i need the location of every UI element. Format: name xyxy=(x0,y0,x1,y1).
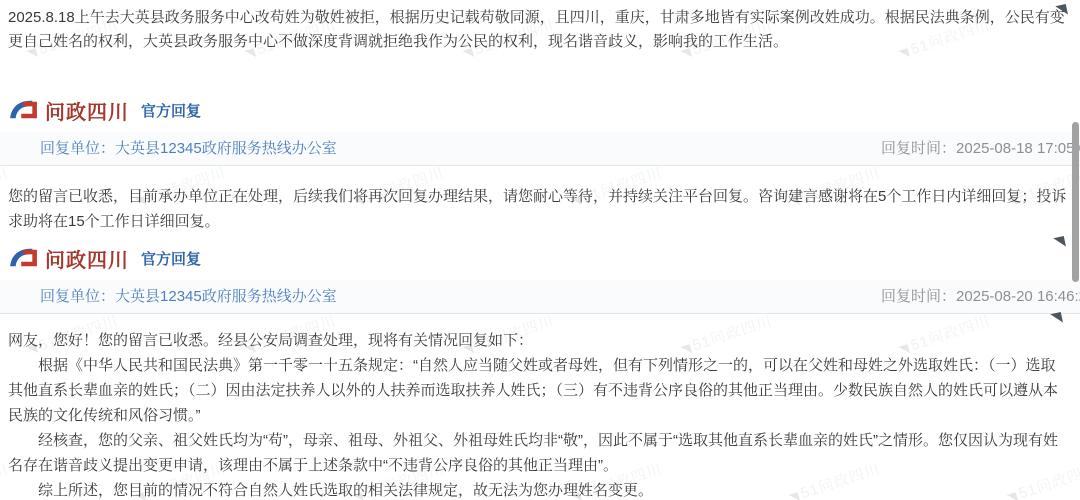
reply-time-label: 回复时间： xyxy=(881,140,956,157)
user-message-text: 2025.8.18上午去大英县政务服务中心改苟姓为敬姓被拒，根据历史记载苟敬同源… xyxy=(0,0,1080,54)
wenzheng-logo-icon xyxy=(8,98,40,122)
reply-card-2: 问政四川 官方回复 回复单位：大英县12345政府服务热线办公室 回复时间：20… xyxy=(0,244,1080,500)
reply-1-unit: 回复单位：大英县12345政府服务热线办公室 xyxy=(0,132,337,165)
reply-2-time: 回复时间：2025-08-20 16:46:2 xyxy=(881,280,1080,313)
reply-2-paragraph: 综上所述，您目前的情况不符合自然人姓氏选取的相关法律规定，故无法为您办理姓名变更… xyxy=(8,478,1070,500)
content: 2025.8.18上午去大英县政务服务中心改苟姓为敬姓被拒，根据历史记载苟敬同源… xyxy=(0,0,1080,500)
reply-1-body: 您的留言已收悉，目前承办单位正在处理，后续我们将再次回复办理结果，请您耐心等待，… xyxy=(0,166,1080,234)
page: ◥51问政四川◥51问政四川◥51问政四川◥51问政四川◥51问政四川◥51问政… xyxy=(0,0,1080,500)
reply-1-paragraph: 您的留言已收悉，目前承办单位正在处理，后续我们将再次回复办理结果，请您耐心等待，… xyxy=(8,184,1070,234)
reply-2-brand-row: 问政四川 官方回复 xyxy=(0,244,1080,272)
wenzheng-sichuan-logo: 问政四川 xyxy=(8,244,129,273)
reply-2-unit-value: 大英县12345政府服务热线办公室 xyxy=(115,288,337,305)
watermark-corner-mark: ◥ xyxy=(1053,233,1066,249)
official-reply-badge: 官方回复 xyxy=(141,248,201,269)
official-reply-badge: 官方回复 xyxy=(141,100,201,121)
reply-2-paragraph: 网友，您好！您的留言已收悉。经县公安局调查处理，现将有关情况回复如下： xyxy=(8,328,1070,353)
reply-1-unit-value: 大英县12345政府服务热线办公室 xyxy=(115,140,337,157)
reply-2-info-row: 回复单位：大英县12345政府服务热线办公室 回复时间：2025-08-20 1… xyxy=(0,280,1080,314)
reply-1-time: 回复时间：2025-08-18 17:05:0 xyxy=(881,132,1080,165)
reply-1-brand-row: 问政四川 官方回复 xyxy=(0,96,1080,124)
reply-unit-label: 回复单位： xyxy=(40,288,115,305)
watermark-corner-mark: ◥ xyxy=(1055,1,1068,17)
vertical-scrollbar-thumb[interactable] xyxy=(1072,122,1079,282)
reply-2-time-value: 2025-08-20 16:46:2 xyxy=(956,288,1080,305)
wenzheng-logo-text: 问政四川 xyxy=(45,96,129,125)
wenzheng-sichuan-logo: 问政四川 xyxy=(8,96,129,125)
reply-2-paragraph: 经核查，您的父亲、祖父姓氏均为“苟”，母亲、祖母、外祖父、外祖母姓氏均非“敬”，… xyxy=(8,428,1070,478)
reply-2-unit: 回复单位：大英县12345政府服务热线办公室 xyxy=(0,280,337,313)
reply-unit-label: 回复单位： xyxy=(40,140,115,157)
reply-card-1: 问政四川 官方回复 回复单位：大英县12345政府服务热线办公室 回复时间：20… xyxy=(0,96,1080,234)
reply-2-body: 网友，您好！您的留言已收悉。经县公安局调查处理，现将有关情况回复如下： 根据《中… xyxy=(0,314,1080,500)
wenzheng-logo-icon xyxy=(8,246,40,270)
reply-1-time-value: 2025-08-18 17:05:0 xyxy=(956,140,1080,157)
reply-time-label: 回复时间： xyxy=(881,288,956,305)
watermark-corner-mark: ◥ xyxy=(1050,309,1063,325)
reply-1-info-row: 回复单位：大英县12345政府服务热线办公室 回复时间：2025-08-18 1… xyxy=(0,132,1080,166)
wenzheng-logo-text: 问政四川 xyxy=(45,244,129,273)
reply-2-paragraph: 根据《中华人民共和国民法典》第一千零一十五条规定：“自然人应当随父姓或者母姓，但… xyxy=(8,353,1070,428)
